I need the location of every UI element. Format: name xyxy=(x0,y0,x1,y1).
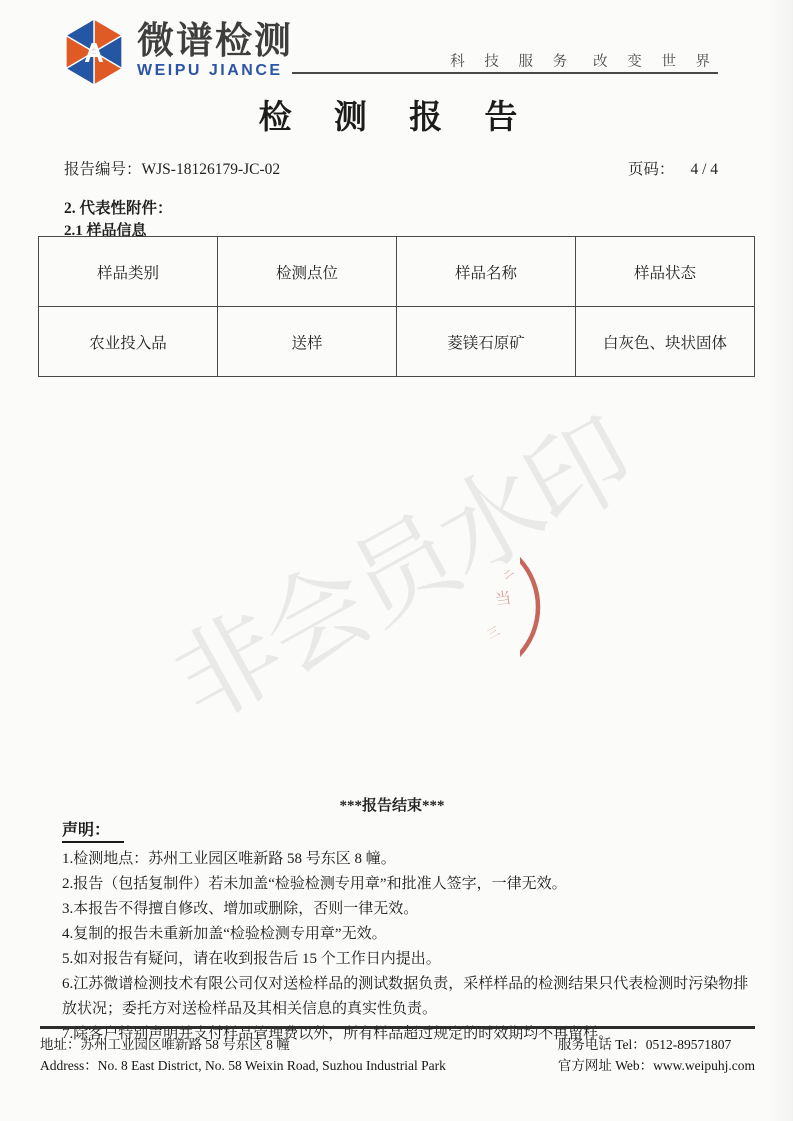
col-header-sample-category: 样品类别 xyxy=(39,237,218,307)
report-number-value: WJS-18126179-JC-02 xyxy=(142,161,281,178)
logo-text: 微谱检测 WEIPU JIANCE xyxy=(137,16,293,80)
cell-sample-name: 菱镁石原矿 xyxy=(397,307,576,377)
tagline-right: 改 变 世 界 xyxy=(593,54,718,70)
page-footer: 地址：苏州工业园区唯新路 58 号东区 8 幢 Address：No. 8 Ea… xyxy=(40,1026,755,1076)
header-tagline: 科 技 服 务改 变 世 界 xyxy=(450,50,718,71)
logo-lockup: A 微谱检测 WEIPU JIANCE xyxy=(58,16,293,88)
report-number-label: 报告编号： xyxy=(64,161,142,178)
table-row: 农业投入品 送样 菱镁石原矿 白灰色、块状固体 xyxy=(39,307,755,377)
page-label: 页码： xyxy=(628,161,675,178)
report-end-marker: ***报告结束*** xyxy=(0,794,784,815)
declaration-section: 声明： 1.检测地点：苏州工业园区唯新路 58 号东区 8 幢。 2.报告（包括… xyxy=(62,817,762,1047)
stamp-glyph-mid: 当 xyxy=(494,589,512,609)
report-meta-row: 报告编号：WJS-18126179-JC-02 页码：4 / 4 xyxy=(64,157,718,179)
brand-name-cn: 微谱检测 xyxy=(137,22,293,60)
declaration-item-3: 3.本报告不得擅自修改、增加或删除，否则一律无效。 xyxy=(62,897,762,922)
cell-test-point: 送样 xyxy=(218,307,397,377)
declaration-item-6: 6.江苏微谱检测技术有限公司仅对送检样品的测试数据负责，采样样品的检测结果只代表… xyxy=(62,972,762,1022)
table-header-row: 样品类别 检测点位 样品名称 样品状态 xyxy=(39,237,755,307)
footer-address-cn: 地址：苏州工业园区唯新路 58 号东区 8 幢 xyxy=(40,1034,446,1055)
footer-contact-block: 服务电话 Tel：0512-89571807 官方网址 Web：www.weip… xyxy=(558,1034,755,1076)
page-value: 4 / 4 xyxy=(690,161,718,178)
footer-tel: 服务电话 Tel：0512-89571807 xyxy=(558,1034,755,1055)
cell-sample-state: 白灰色、块状固体 xyxy=(576,307,755,377)
watermark-text: 非会员水印 xyxy=(143,376,653,750)
cell-sample-category: 农业投入品 xyxy=(39,307,218,377)
col-header-sample-name: 样品名称 xyxy=(397,237,576,307)
brand-name-en: WEIPU JIANCE xyxy=(137,62,293,80)
report-number: 报告编号：WJS-18126179-JC-02 xyxy=(64,157,280,179)
page-title: 检 测 报 告 xyxy=(0,91,793,138)
sample-info-table: 样品类别 检测点位 样品名称 样品状态 农业投入品 送样 菱镁石原矿 白灰色、块… xyxy=(38,236,755,377)
footer-address-block: 地址：苏州工业园区唯新路 58 号东区 8 幢 Address：No. 8 Ea… xyxy=(40,1034,446,1076)
red-stamp-partial: ニ 当 三 xyxy=(448,543,558,673)
declaration-item-1: 1.检测地点：苏州工业园区唯新路 58 号东区 8 幢。 xyxy=(62,847,762,872)
declaration-item-5: 5.如对报告有疑问，请在收到报告后 15 个工作日内提出。 xyxy=(62,947,762,972)
stamp-glyph-bottom: 三 xyxy=(485,624,502,642)
declaration-item-4: 4.复制的报告未重新加盖“检验检测专用章”无效。 xyxy=(62,922,762,947)
header-divider xyxy=(292,72,718,74)
declaration-item-2: 2.报告（包括复制件）若未加盖“检验检测专用章”和批准人签字，一律无效。 xyxy=(62,872,762,897)
col-header-test-point: 检测点位 xyxy=(218,237,397,307)
footer-address-en: Address：No. 8 East District, No. 58 Weix… xyxy=(40,1055,446,1076)
page-indicator: 页码：4 / 4 xyxy=(628,157,718,179)
weipu-logo-icon: A xyxy=(58,16,130,88)
col-header-sample-state: 样品状态 xyxy=(576,237,755,307)
section-heading-attachments: 2. 代表性附件： xyxy=(64,196,173,218)
stamp-glyph-top: ニ xyxy=(500,565,518,583)
declaration-heading: 声明： xyxy=(62,817,124,843)
footer-web: 官方网址 Web：www.weipuhj.com xyxy=(558,1055,755,1076)
svg-text:A: A xyxy=(84,37,104,68)
report-page: A 微谱检测 WEIPU JIANCE 科 技 服 务改 变 世 界 检 测 报… xyxy=(0,0,793,1121)
tagline-left: 科 技 服 务 xyxy=(450,54,575,70)
